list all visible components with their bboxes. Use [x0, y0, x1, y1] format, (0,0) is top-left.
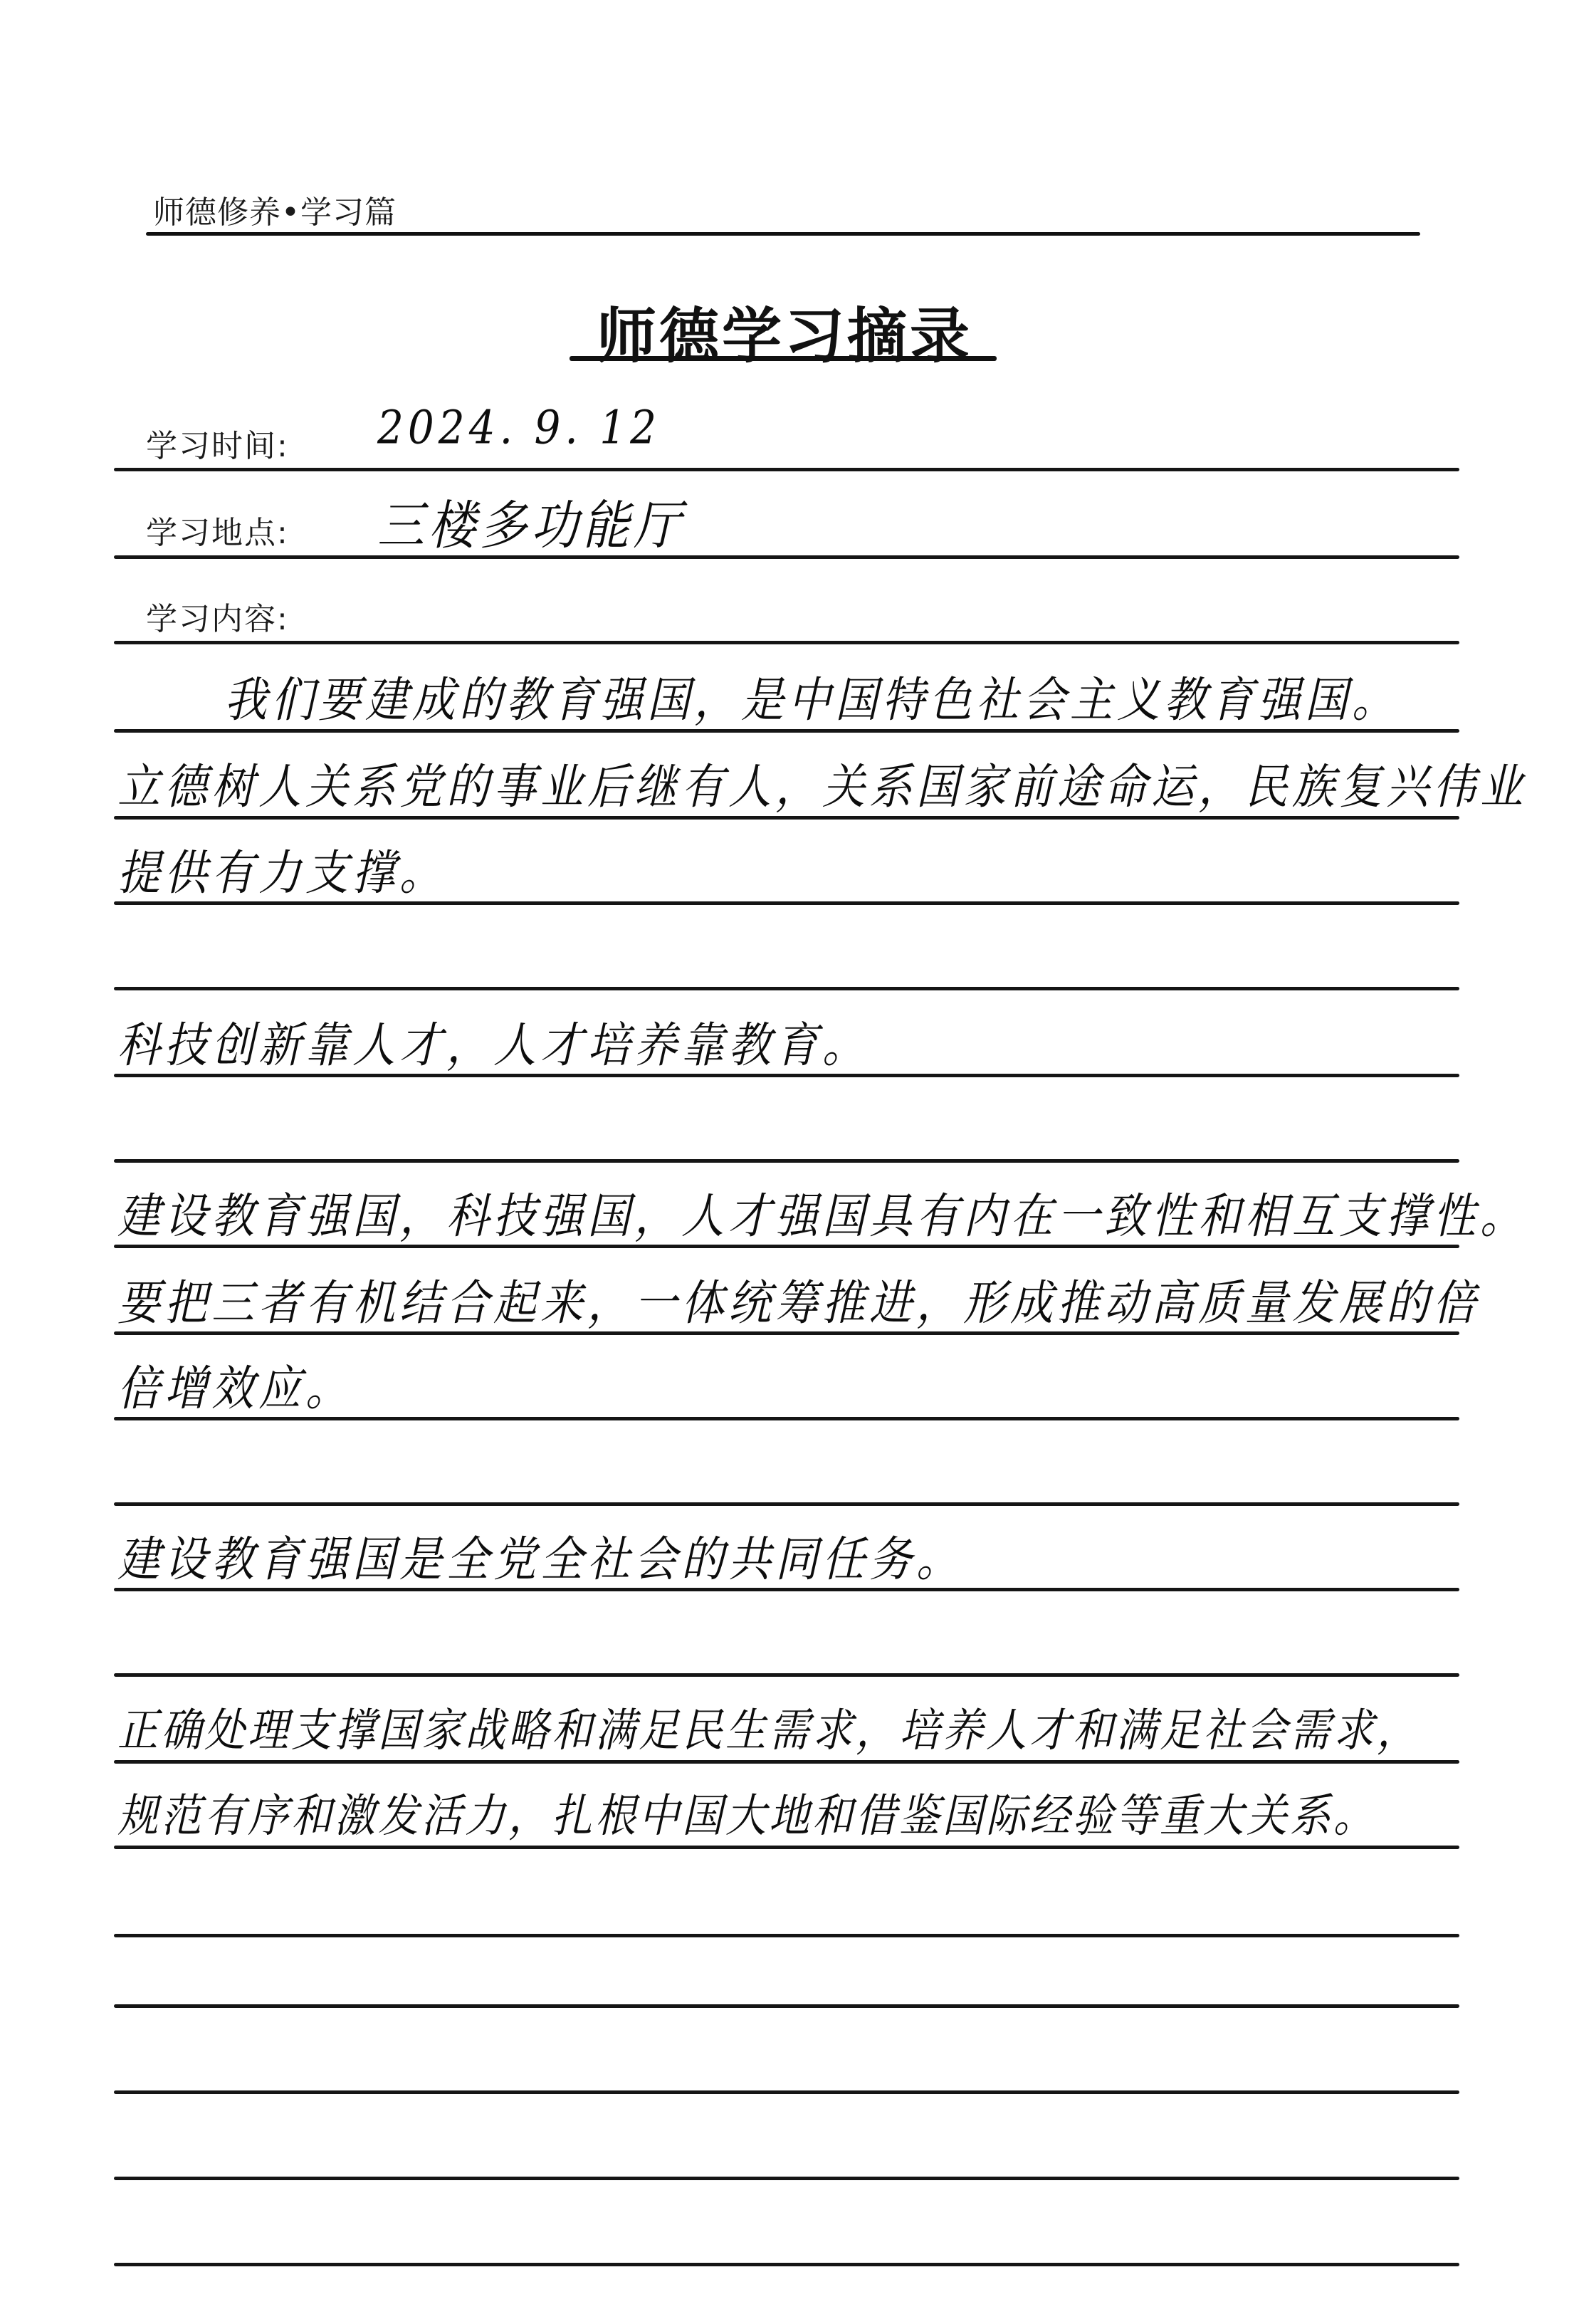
- place-label: 学习地点:: [146, 507, 289, 553]
- content-line: 我们要建成的教育强国，是中国特色社会主义教育强国。: [224, 662, 1399, 731]
- ruled-line: [114, 1331, 1459, 1335]
- header-divider: [146, 232, 1420, 236]
- ruled-line: [114, 468, 1459, 471]
- content-line: 科技创新靠人才，人才培养靠教育。: [117, 1007, 869, 1076]
- ruled-line: [114, 816, 1459, 820]
- ruled-line: [114, 1760, 1459, 1764]
- content-label: 学习内容:: [146, 593, 289, 639]
- ruled-line: [114, 2004, 1459, 2008]
- content-line: 立德树人关系党的事业后继有人，关系国家前途命运，民族复兴伟业: [117, 749, 1527, 817]
- ruled-line: [114, 1159, 1459, 1163]
- content-line: 规范有序和激发活力，扎根中国大地和借鉴国际经验等重大关系。: [117, 1779, 1377, 1845]
- ruled-line: [114, 1588, 1459, 1591]
- ruled-line: [114, 1673, 1459, 1677]
- ruled-line: [114, 1245, 1459, 1248]
- ruled-line: [114, 2263, 1459, 2266]
- ruled-line: [114, 2177, 1459, 2180]
- place-value: 三楼多功能厅: [377, 483, 685, 559]
- ruled-line: [114, 555, 1459, 559]
- ruled-line: [114, 729, 1459, 733]
- page-title: 师德学习摘录: [0, 288, 1569, 375]
- ruled-line: [114, 2090, 1459, 2094]
- content-line: 正确处理支撑国家战略和满足民生需求，培养人才和满足社会需求，: [117, 1694, 1420, 1759]
- ruled-line: [114, 1846, 1459, 1849]
- ruled-line: [114, 1074, 1459, 1077]
- ruled-line: [114, 1417, 1459, 1420]
- section-label: 师德修养•学习篇: [153, 187, 397, 232]
- time-label: 学习时间:: [146, 420, 289, 466]
- ruled-line: [114, 987, 1459, 990]
- ruled-line: [114, 1934, 1459, 1937]
- content-line: 建设教育强国，科技强国，人才强国具有内在一致性和相互支撑性。: [117, 1178, 1527, 1247]
- time-value: 2024. 9. 12: [377, 400, 661, 454]
- content-line: 建设教育强国是全党全社会的共同任务。: [117, 1522, 963, 1590]
- ruled-line: [114, 641, 1459, 644]
- title-underline: [570, 356, 997, 361]
- content-line: 要把三者有机结合起来，一体统筹推进，形成推动高质量发展的倍: [117, 1265, 1480, 1334]
- content-line: 倍增效应。: [117, 1351, 352, 1419]
- ruled-line: [114, 901, 1459, 905]
- ruled-line: [114, 1502, 1459, 1506]
- content-line: 提供有力支撑。: [117, 835, 446, 904]
